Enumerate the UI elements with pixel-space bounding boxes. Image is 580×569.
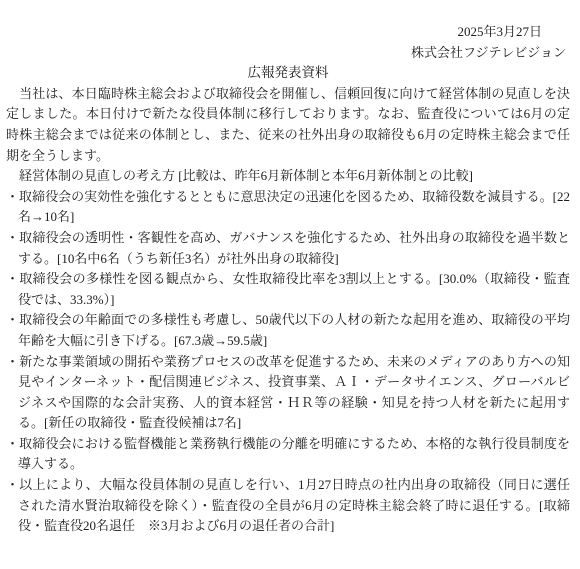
press-release-document: 2025年3月27日 株式会社フジテレビジョン 広報発表資料 当社は、本日臨時株…: [0, 0, 580, 569]
company-name: 株式会社フジテレビジョン: [6, 43, 570, 64]
bullet-item: ・取締役会の透明性・客観性を高め、ガバナンスを強化するため、社外出身の取締役を過…: [6, 228, 570, 269]
bullet-item: ・取締役会の実効性を強化するとともに意思決定の迅速化を図るため、取締役数を減員す…: [6, 187, 570, 228]
intro-paragraph: 当社は、本日臨時株主総会および取締役会を開催し、信頼回復に向けて経営体制の見直し…: [6, 84, 570, 166]
document-date: 2025年3月27日: [6, 22, 570, 43]
bullet-item: ・取締役会の多様性を図る観点から、女性取締役比率を3割以上とする。[30.0%（…: [6, 269, 570, 310]
bullet-item: ・以上により、大幅な役員体制の見直しを行い、1月27日時点の社内出身の取締役（同…: [6, 475, 570, 537]
section-heading: 経営体制の見直しの考え方 [比較は、昨年6月新体制と本年6月新体制との比較]: [6, 166, 570, 187]
bullet-list: ・取締役会の実効性を強化するとともに意思決定の迅速化を図るため、取締役数を減員す…: [6, 187, 570, 537]
bullet-item: ・取締役会の年齢面での多様性も考慮し、50歳代以下の人材の新たな起用を進め、取締…: [6, 310, 570, 351]
bullet-item: ・新たな事業領域の開拓や業務プロセスの改革を促進するため、未来のメディアのあり方…: [6, 352, 570, 434]
document-title: 広報発表資料: [6, 63, 570, 84]
bullet-item: ・取締役会における監督機能と業務執行機能の分離を明確にするため、本格的な執行役員…: [6, 434, 570, 475]
